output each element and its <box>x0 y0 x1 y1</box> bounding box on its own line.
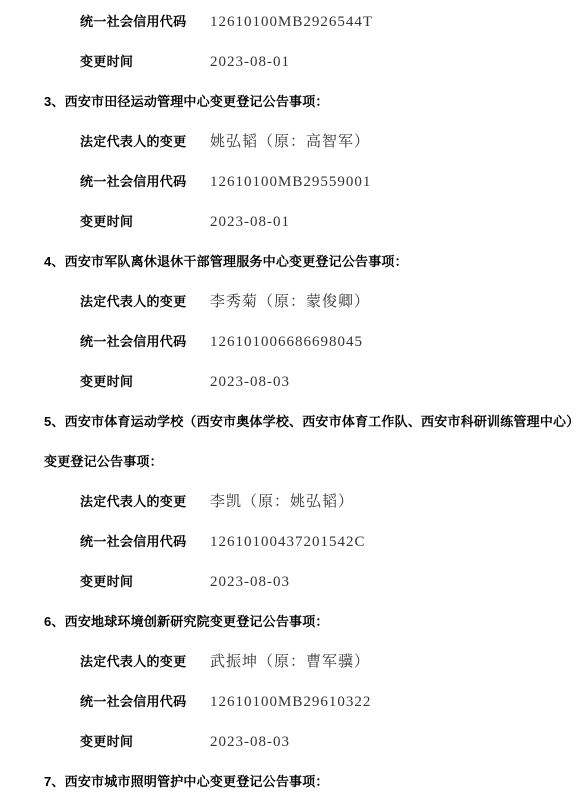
field-label: 统一社会信用代码 <box>80 322 210 362</box>
field-row: 法定代表人的变更李凯（原：姚弘韬） <box>0 482 584 522</box>
field-row: 法定代表人的变更武振坤（原：曹军骥） <box>0 642 584 682</box>
section-heading: 7、西安市城市照明管护中心变更登记公告事项： <box>0 762 584 801</box>
field-label: 法定代表人的变更 <box>80 122 210 162</box>
field-label: 统一社会信用代码 <box>80 682 210 722</box>
field-row: 统一社会信用代码12610100437201542C <box>0 522 584 562</box>
field-value: 李凯（原：姚弘韬） <box>210 494 354 510</box>
field-value: 李秀菊（原：蒙俊卿） <box>210 294 370 310</box>
field-value: 12610100437201542C <box>210 534 366 550</box>
field-value: 2023-08-03 <box>210 374 290 390</box>
field-label: 统一社会信用代码 <box>80 162 210 202</box>
field-row: 统一社会信用代码12610100MB29610322 <box>0 682 584 722</box>
field-row: 变更时间2023-08-03 <box>0 562 584 602</box>
field-value: 12610100MB29610322 <box>210 694 371 710</box>
field-label: 法定代表人的变更 <box>80 282 210 322</box>
field-label: 变更时间 <box>80 362 210 402</box>
section-heading: 3、西安市田径运动管理中心变更登记公告事项： <box>0 82 584 122</box>
field-row: 变更时间2023-08-03 <box>0 722 584 762</box>
field-value: 2023-08-03 <box>210 734 290 750</box>
field-row: 法定代表人的变更姚弘韬（原：高智军） <box>0 122 584 162</box>
section-heading: 4、西安市军队离休退休干部管理服务中心变更登记公告事项： <box>0 242 584 282</box>
field-value: 12610100MB2926544T <box>210 14 373 30</box>
field-value: 126101006686698045 <box>210 334 363 350</box>
section-heading: 5、西安市体育运动学校（西安市奥体学校、西安市体育工作队、西安市科研训练管理中心… <box>0 402 584 482</box>
field-row: 变更时间2023-08-01 <box>0 202 584 242</box>
field-label: 统一社会信用代码 <box>80 2 210 42</box>
field-value: 2023-08-01 <box>210 54 290 70</box>
field-label: 法定代表人的变更 <box>80 482 210 522</box>
field-label: 变更时间 <box>80 562 210 602</box>
document-page: 统一社会信用代码12610100MB2926544T 变更时间2023-08-0… <box>0 0 584 801</box>
field-row: 统一社会信用代码126101006686698045 <box>0 322 584 362</box>
field-value: 2023-08-01 <box>210 214 290 230</box>
field-row: 变更时间2023-08-03 <box>0 362 584 402</box>
field-label: 变更时间 <box>80 42 210 82</box>
field-label: 变更时间 <box>80 722 210 762</box>
field-row: 统一社会信用代码12610100MB29559001 <box>0 162 584 202</box>
field-value: 12610100MB29559001 <box>210 174 371 190</box>
field-value: 姚弘韬（原：高智军） <box>210 134 370 150</box>
field-row: 变更时间2023-08-01 <box>0 42 584 82</box>
field-row: 法定代表人的变更李秀菊（原：蒙俊卿） <box>0 282 584 322</box>
section-heading: 6、西安地球环境创新研究院变更登记公告事项： <box>0 602 584 642</box>
field-value: 武振坤（原：曹军骥） <box>210 654 370 670</box>
field-label: 变更时间 <box>80 202 210 242</box>
field-value: 2023-08-03 <box>210 574 290 590</box>
field-row: 统一社会信用代码12610100MB2926544T <box>0 2 584 42</box>
field-label: 统一社会信用代码 <box>80 522 210 562</box>
field-label: 法定代表人的变更 <box>80 642 210 682</box>
